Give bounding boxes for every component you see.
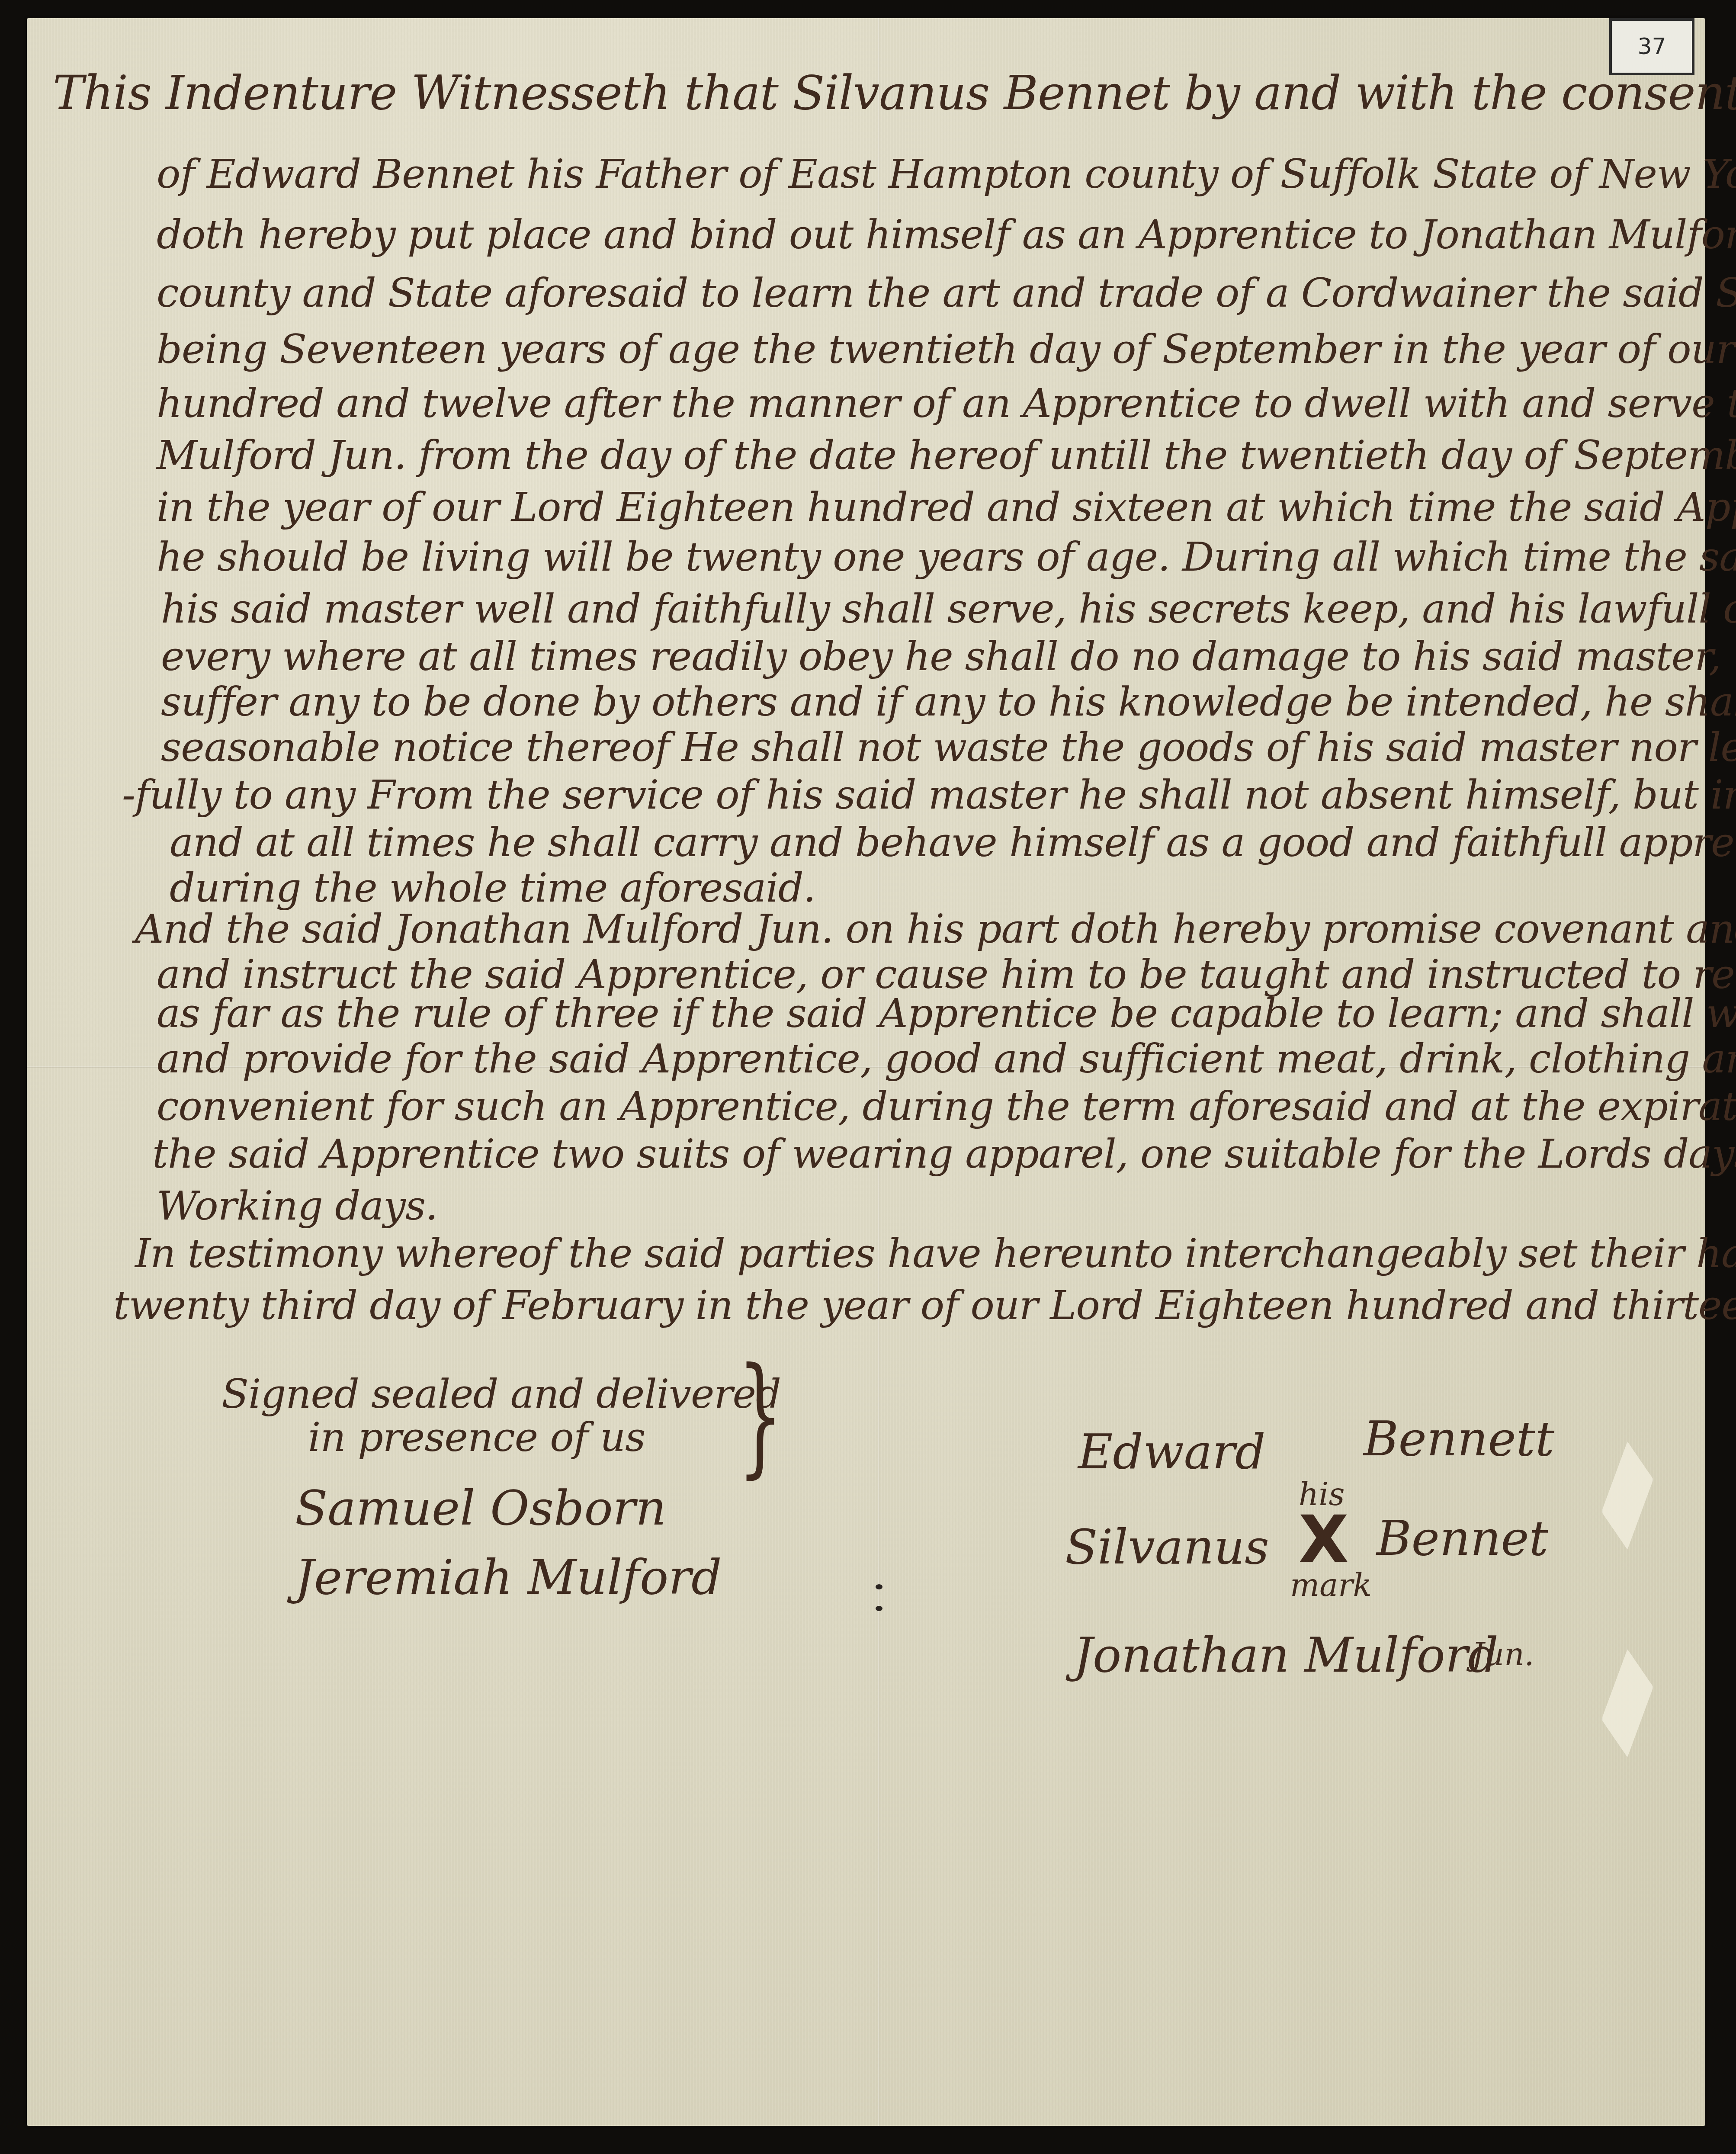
text-line: and at all times he shall carry and beha… [170, 823, 1736, 863]
text-line: and instruct the said Apprentice, or cau… [157, 955, 1736, 995]
text-line: hundred and twelve after the manner of a… [157, 384, 1736, 424]
witness-signature: Samuel Osborn [295, 1480, 666, 1536]
attestation-line: in presence of us [308, 1418, 645, 1457]
text-line: of Edward Bennet his Father of East Hamp… [157, 154, 1736, 194]
wax-seal-paper-bottom [1601, 1649, 1653, 1757]
witness-signature: Jeremiah Mulford [295, 1550, 722, 1605]
signature-silvanus-last: Bennet [1377, 1511, 1548, 1566]
signature-edward-first: Edward [1078, 1424, 1265, 1480]
text-line: in the year of our Lord Eighteen hundred… [157, 488, 1736, 527]
text-line: and provide for the said Apprentice, goo… [157, 1039, 1736, 1079]
attestation-line: Signed sealed and delivered [221, 1374, 781, 1414]
manuscript-page: This Indenture Witnesseth that Silvanus … [27, 18, 1705, 2126]
text-line: In testimony whereof the said parties ha… [135, 1234, 1736, 1274]
signature-silvanus-first: Silvanus [1065, 1519, 1269, 1575]
text-line: doth hereby put place and bind out himse… [157, 215, 1736, 255]
text-line: convenient for such an Apprentice, durin… [157, 1087, 1736, 1127]
text-line: being Seventeen years of age the twentie… [157, 330, 1736, 369]
text-line: the said Apprentice two suits of wearing… [152, 1134, 1736, 1174]
text-line: every where at all times readily obey he… [161, 637, 1736, 677]
pin-hole-bottom [876, 1606, 882, 1611]
text-line: And the said Jonathan Mulford Jun. on hi… [135, 909, 1736, 949]
pin-hole-top [876, 1584, 882, 1589]
mark-label-mark: mark [1290, 1567, 1372, 1603]
signature-mark-x: X [1299, 1502, 1349, 1577]
text-line: county and State aforesaid to learn the … [157, 273, 1736, 313]
text-line: This Indenture Witnesseth that Silvanus … [53, 70, 1736, 117]
wax-seal-paper-top [1601, 1441, 1653, 1550]
signature-edward-last: Bennett [1364, 1411, 1554, 1467]
text-line: as far as the rule of three if the said … [157, 994, 1736, 1034]
text-line: his said master well and faithfully shal… [161, 589, 1736, 629]
text-line: -fully to any From the service of his sa… [122, 775, 1736, 815]
text-line: during the whole time aforesaid. [170, 868, 815, 908]
page-number-tag: 37 [1609, 18, 1694, 75]
text-line: Working days. [157, 1186, 437, 1226]
text-line: seasonable notice thereof He shall not w… [161, 728, 1736, 767]
brace-symbol: } [738, 1351, 783, 1480]
signature-jonathan-suffix: Jun. [1472, 1636, 1534, 1672]
signature-jonathan: Jonathan Mulford [1074, 1628, 1499, 1683]
text-line: Mulford Jun. from the day of the date he… [157, 436, 1736, 475]
text-line: he should be living will be twenty one y… [157, 537, 1736, 577]
text-line: suffer any to be done by others and if a… [161, 682, 1736, 722]
text-line: twenty third day of February in the year… [113, 1286, 1736, 1326]
